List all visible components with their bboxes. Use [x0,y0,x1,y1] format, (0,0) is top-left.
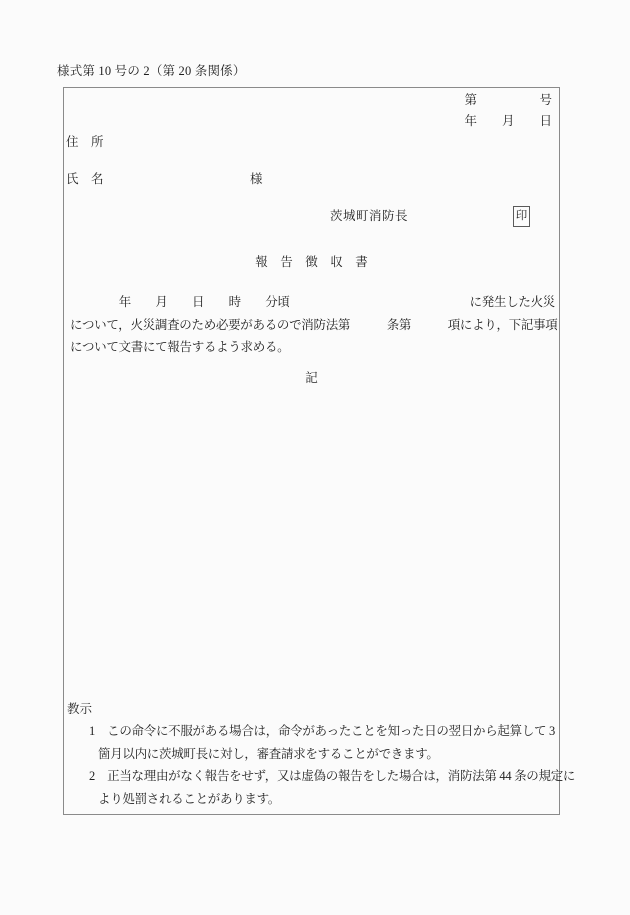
form-number-label: 様式第 10 号の 2（第 20 条関係） [57,61,246,79]
body-line-datetime: 年 月 日 時 分頃 に発生した火災 [70,291,555,314]
kyoji-notes-section: 教示 1 この命令に不服がある場合は，命令があったことを知った日の翌日から起算し… [64,698,556,810]
note-2-line-1: 2 正当な理由がなく報告をせず，又は虚偽の報告をした場合は，消防法第 44 条の… [89,765,556,787]
doc-number-date-block: 第 号 年 月 日 [464,90,552,131]
body-line-2: について，火災調査のため必要があるので消防法第 条第 項により，下記事項 [70,314,555,337]
date-line: 年 月 日 [464,111,552,132]
body-fire-occurred-text: に発生した火災 [470,291,555,314]
kyoji-label: 教示 [67,698,556,720]
name-label: 氏 名 [66,169,104,187]
body-paragraph: 年 月 日 時 分頃 に発生した火災 について，火災調査のため必要があるので消防… [70,291,555,359]
document-page: 様式第 10 号の 2（第 20 条関係） 第 号 年 月 日 住 所 氏 名 … [0,0,630,915]
fire-chief-title: 茨城町消防長 [330,206,408,224]
body-line-3: について文書にて報告するよう求める。 [70,336,555,359]
note-2-line-2: より処罰されることがあります。 [98,788,556,810]
note-1-line-1: 1 この命令に不服がある場合は，命令があったことを知った日の翌日から起算して 3 [89,720,556,742]
address-label: 住 所 [66,132,104,150]
honorific-sama: 様 [250,169,263,187]
doc-number-line: 第 号 [464,90,552,111]
document-title: 報 告 徴 収 書 [64,252,559,270]
body-datetime-blanks: 年 月 日 時 分頃 [70,291,290,314]
document-border-box: 第 号 年 月 日 住 所 氏 名 様 茨城町消防長 印 報 告 徴 収 書 年… [63,87,560,815]
seal-box: 印 [513,206,530,227]
note-1-line-2: 箇月以内に茨城町長に対し，審査請求をすることができます。 [98,743,556,765]
ki-heading: 記 [64,368,559,386]
